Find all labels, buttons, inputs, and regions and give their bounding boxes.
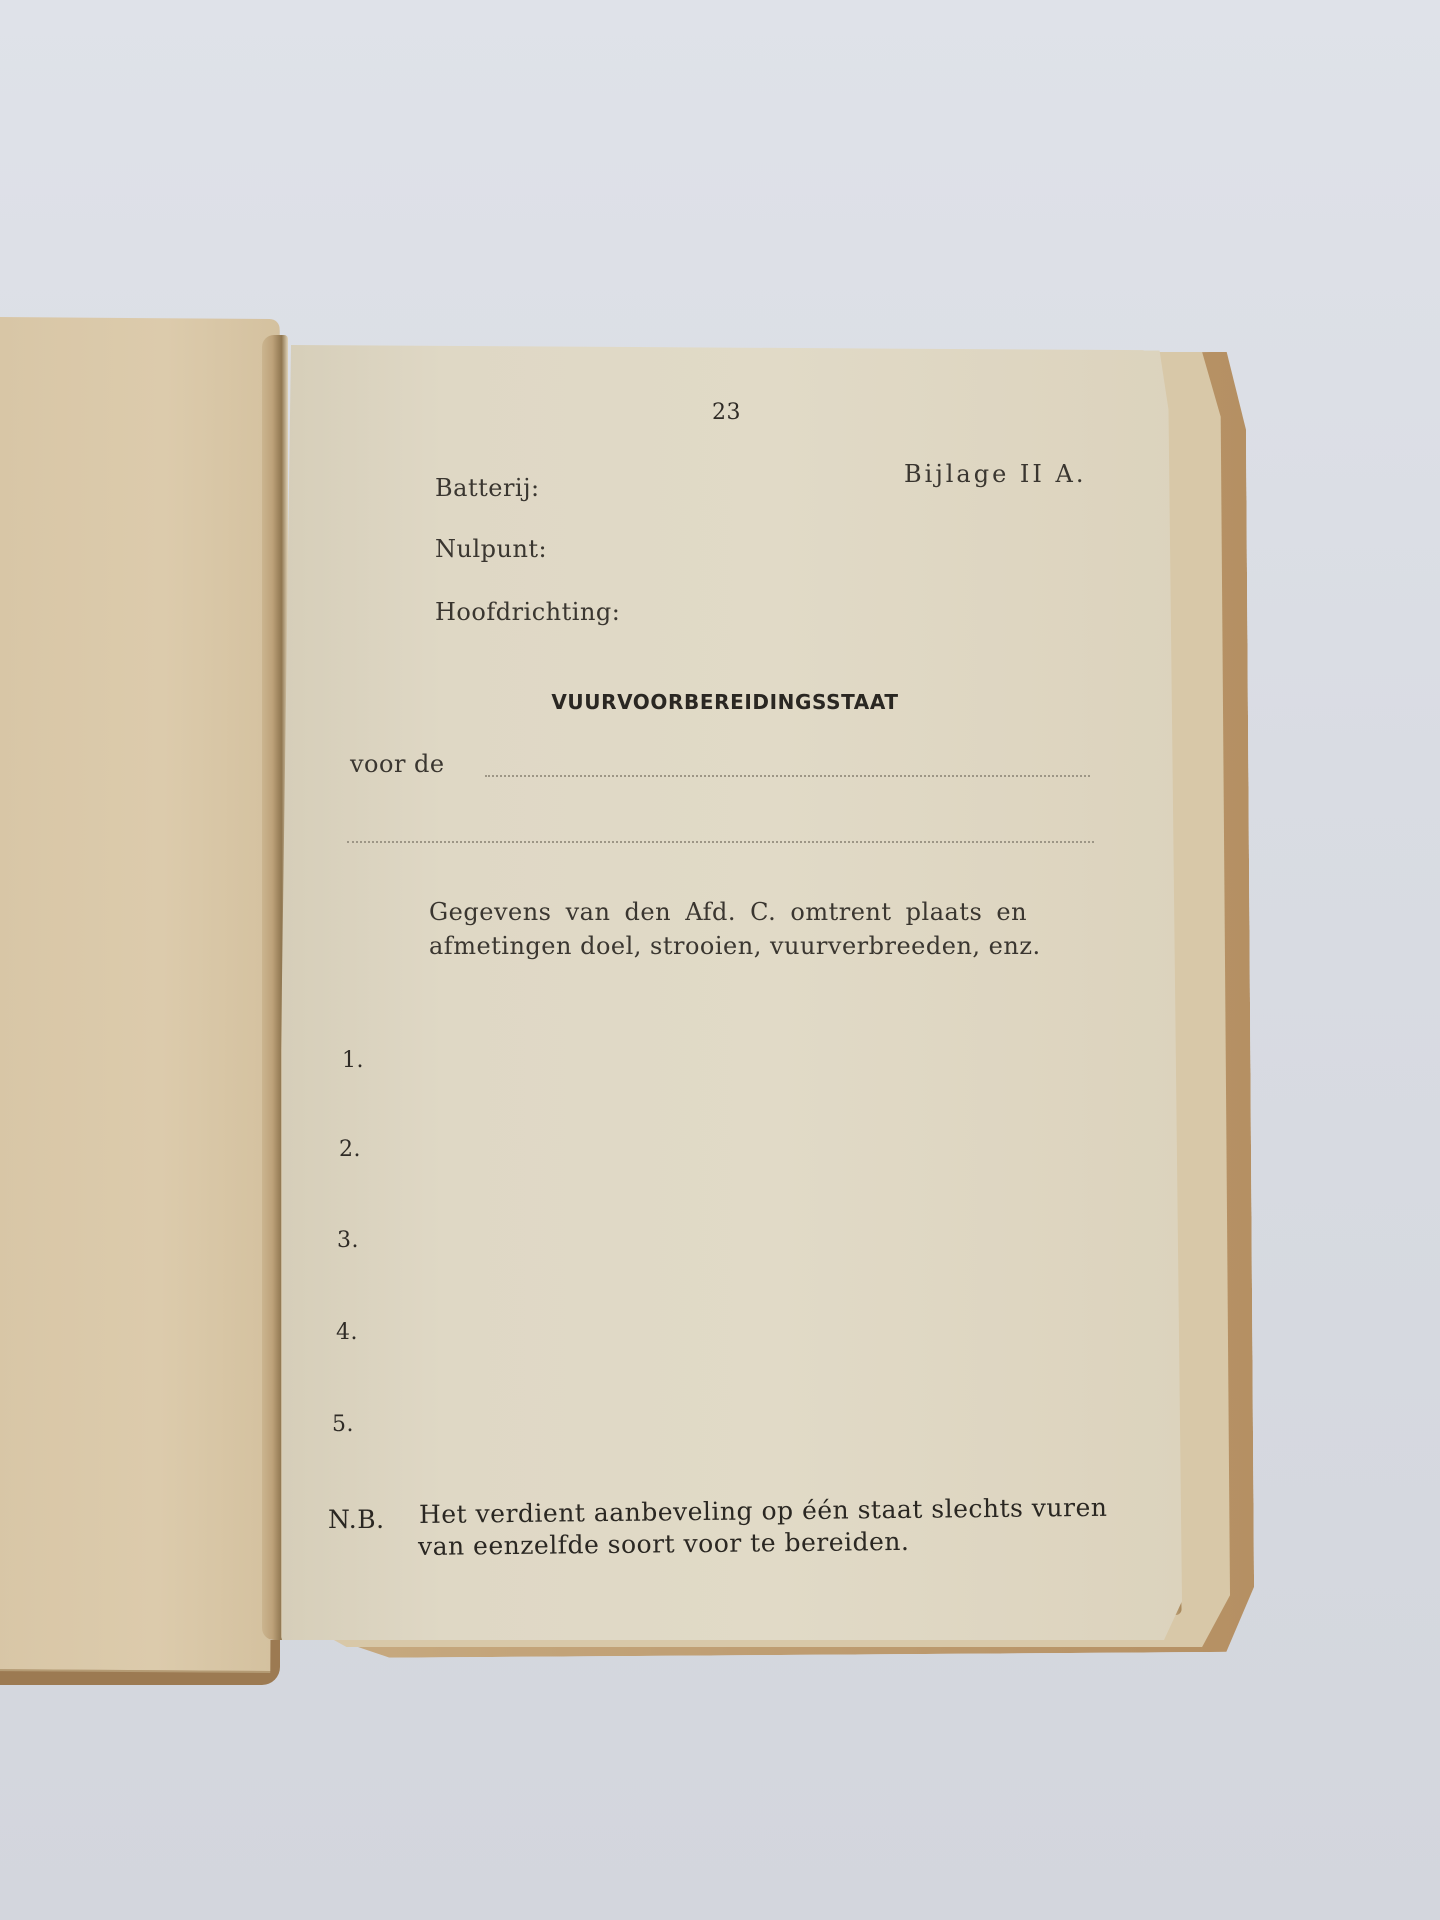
right-page bbox=[282, 345, 1182, 1640]
page-number: 23 bbox=[712, 400, 741, 425]
list-item-number: 2. bbox=[339, 1137, 361, 1162]
form-title: VUURVOORBEREIDINGSSTAAT bbox=[529, 690, 921, 714]
list-item-number: 4. bbox=[336, 1320, 358, 1345]
list-item-number: 1. bbox=[342, 1048, 364, 1073]
note-label: N.B. bbox=[328, 1505, 385, 1534]
field-label-zero-point: Nulpunt: bbox=[435, 535, 547, 563]
note-text-line: van eenzelfde soort voor te bereiden. bbox=[418, 1527, 910, 1561]
list-item-number: 3. bbox=[337, 1228, 359, 1253]
dotted-fill-line bbox=[485, 775, 1090, 777]
field-label-main-direction: Hoofdrichting: bbox=[435, 598, 620, 626]
list-item-number: 5. bbox=[332, 1412, 354, 1437]
left-page bbox=[0, 317, 280, 1671]
appendix-label: Bijlage II A. bbox=[904, 460, 1086, 488]
field-label-battery: Batterij: bbox=[435, 474, 540, 502]
dotted-fill-line bbox=[347, 841, 1094, 843]
for-label: voor de bbox=[350, 750, 445, 778]
intro-text-line: Gegevens van den Afd. C. omtrent plaats … bbox=[429, 898, 1027, 926]
intro-text-line: afmetingen doel, strooien, vuurverbreede… bbox=[429, 932, 1041, 960]
